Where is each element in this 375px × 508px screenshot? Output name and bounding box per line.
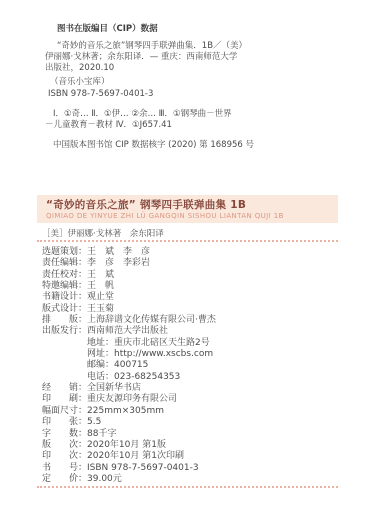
colophon-row: 电话：023-68254353	[87, 372, 338, 383]
classification-block: Ⅰ．①奇… Ⅱ．①伊… ②余… Ⅲ．①钢琴曲－世界 －儿童教育－教材 Ⅳ．①J6…	[45, 109, 340, 131]
colophon-row: 印 次：2020年10月 第1次印刷	[42, 451, 338, 462]
row-label: 经 销：	[42, 383, 87, 393]
colophon-row: 特邀编辑：王 帆	[42, 281, 338, 292]
row-label: 定 价：	[42, 474, 87, 484]
colophon-row: 排 版：上海辞谱文化传媒有限公司·曹杰	[42, 315, 338, 326]
row-value: 上海辞谱文化传媒有限公司·曹杰	[87, 315, 216, 325]
classification-line: Ⅰ．①奇… Ⅱ．①伊… ②余… Ⅲ．①钢琴曲－世界	[45, 109, 340, 120]
dotted-separator-bottom	[37, 486, 338, 488]
row-value: 88千字	[87, 429, 116, 439]
row-value: 王 帆	[87, 281, 114, 291]
colophon-row: 版式设计：王玉菊	[42, 304, 338, 315]
cip-record-number: 中国版本图书馆 CIP 数据核字 (2020) 第 168956 号	[53, 140, 340, 151]
row-value: 2020年10月 第1次印刷	[87, 451, 184, 461]
row-label: 责任编辑：	[42, 258, 87, 268]
row-value: 李 彦 李彩岩	[87, 258, 150, 268]
colophon-row: 书 号：ISBN 978-7-5697-0401-3	[42, 463, 338, 474]
row-label: 版式设计：	[42, 304, 87, 314]
row-label: 书 号：	[42, 463, 87, 473]
row-label: 责任校对：	[42, 270, 87, 280]
isbn-line: ISBN 978-7-5697-0401-3	[48, 89, 340, 100]
colophon-row: 版 次：2020年10月 第1版	[42, 440, 338, 451]
colophon-row: 责任编辑：李 彦 李彩岩	[42, 258, 338, 269]
cip-paragraph-line: “奇妙的音乐之旅”钢琴四手联弹曲集．1B／（美）	[45, 41, 340, 52]
row-label: 书籍设计：	[42, 292, 87, 302]
row-value: 39.00元	[87, 474, 122, 484]
row-label: 特邀编辑：	[42, 281, 87, 291]
row-value: 全国新华书店	[87, 383, 141, 393]
classification-line: －儿童教育－教材 Ⅳ．①J657.41	[45, 120, 340, 131]
row-label: 地址：	[87, 338, 114, 348]
row-label: 版 次：	[42, 440, 87, 450]
copyright-page: 图书在版编目（CIP）数据 “奇妙的音乐之旅”钢琴四手联弹曲集．1B／（美） 伊…	[0, 0, 375, 508]
row-value: 2020年10月 第1版	[87, 440, 166, 450]
colophon-row: 书籍设计：观止堂	[42, 292, 338, 303]
row-label: 选题策划：	[42, 247, 87, 257]
colophon-row: 网址：http://www.xscbs.com	[87, 349, 338, 360]
dotted-separator-top	[37, 240, 338, 242]
author-byline: ［美］伊丽娜·戈林著 余东阳译	[42, 227, 164, 239]
row-label: 电话：	[87, 372, 114, 382]
title-box: “奇妙的音乐之旅” 钢琴四手联弹曲集 1B QIMIAO DE YINYUE Z…	[37, 195, 338, 223]
row-value: 5.5	[87, 417, 101, 427]
colophon-row: 印 张：5.5	[42, 417, 338, 428]
colophon-row: 经 销：全国新华书店	[42, 383, 338, 394]
row-label: 印 刷：	[42, 394, 87, 404]
row-value: 重庆市北碚区天生路2号	[114, 338, 210, 348]
row-label: 网址：	[87, 349, 114, 359]
row-value: 西南师范大学出版社	[87, 326, 168, 336]
cip-paragraph: “奇妙的音乐之旅”钢琴四手联弹曲集．1B／（美） 伊丽娜·戈林著；余东阳译．— …	[45, 41, 340, 74]
row-value: 225mm×305mm	[87, 406, 164, 416]
colophon-row: 幅面尺寸：225mm×305mm	[42, 406, 338, 417]
row-value: 023-68254353	[114, 372, 180, 382]
row-value: 重庆友源印务有限公司	[87, 394, 177, 404]
cip-header: 图书在版编目（CIP）数据	[57, 24, 340, 35]
series-note: （音乐小宝库）	[50, 77, 340, 88]
book-title: “奇妙的音乐之旅” 钢琴四手联弹曲集 1B	[46, 199, 338, 211]
cip-paragraph-line: 伊丽娜·戈林著；余东阳译．— 重庆：西南师范大学	[45, 52, 340, 63]
colophon-row: 地址：重庆市北碚区天生路2号	[87, 338, 338, 349]
cip-paragraph-line: 出版社，2020.10	[45, 63, 340, 74]
colophon-rows: 选题策划：王 斌 李 彦 责任编辑：李 彦 李彩岩 责任校对：王 斌 特邀编辑：…	[42, 247, 338, 485]
row-label: 邮编：	[87, 360, 114, 370]
colophon-row: 选题策划：王 斌 李 彦	[42, 247, 338, 258]
colophon-row: 字 数：88千字	[42, 429, 338, 440]
row-value: 400715	[114, 360, 148, 370]
colophon-row: 邮编：400715	[87, 360, 338, 371]
colophon-row: 出版发行：西南师范大学出版社	[42, 326, 338, 337]
row-label: 幅面尺寸：	[42, 406, 87, 416]
book-title-pinyin: QIMIAO DE YINYUE ZHI LÜ GANGQIN SISHOU L…	[46, 212, 338, 221]
colophon-row: 责任校对：王 斌	[42, 270, 338, 281]
colophon-row: 定 价：39.00元	[42, 474, 338, 485]
row-value: 王玉菊	[87, 304, 114, 314]
row-value: ISBN 978-7-5697-0401-3	[87, 463, 199, 473]
row-value: 王 斌	[87, 270, 114, 280]
row-label: 排 版：	[42, 315, 87, 325]
row-value: http://www.xscbs.com	[114, 349, 213, 359]
row-label: 印 次：	[42, 451, 87, 461]
row-label: 印 张：	[42, 417, 87, 427]
row-label: 出版发行：	[42, 326, 87, 336]
row-label: 字 数：	[42, 429, 87, 439]
row-value: 观止堂	[87, 292, 114, 302]
colophon-row: 印 刷：重庆友源印务有限公司	[42, 394, 338, 405]
row-value: 王 斌 李 彦	[87, 247, 150, 257]
cip-block: 图书在版编目（CIP）数据 “奇妙的音乐之旅”钢琴四手联弹曲集．1B／（美） 伊…	[45, 24, 340, 151]
